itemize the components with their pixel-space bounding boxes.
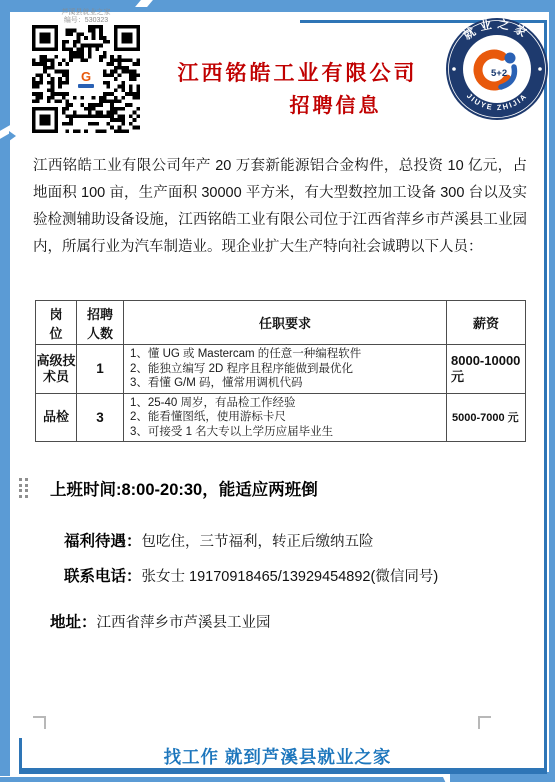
jobs-table: 岗位 招聘人数 任职要求 薪资 高级技术员 1 1、懂 UG 或 Masterc… xyxy=(35,300,526,442)
footer-slogan: 找工作 就到芦溪县就业之家 xyxy=(0,744,555,769)
phone-value: 张女士 19170918465/13929454892(微信同号) xyxy=(142,569,439,585)
margin-corner-mark-left xyxy=(33,716,46,729)
margin-corner-mark-right xyxy=(478,716,491,729)
address-line: 地址：江西省萍乡市芦溪县工业园 xyxy=(50,610,271,632)
company-intro-paragraph: 江西铭皓工业有限公司年产 20 万套新能源铝合金构件，总投资 10 亿元，占地面… xyxy=(33,153,527,261)
header-headcount: 招聘人数 xyxy=(77,301,124,345)
qr-caption-line1: 芦溪县就业之家 xyxy=(22,9,150,17)
cell-position: 高级技术员 xyxy=(36,345,77,394)
qr-caption: 芦溪县就业之家 编号：530323 xyxy=(22,9,150,25)
address-value: 江西省萍乡市芦溪县工业园 xyxy=(97,615,271,631)
cell-requirements: 1、25-40 周岁，有品检工作经验 2、能看懂图纸，使用游标卡尺 3、可接受 … xyxy=(124,393,447,442)
cell-position: 品检 xyxy=(36,393,77,442)
table-header-row: 岗位 招聘人数 任职要求 薪资 xyxy=(36,301,526,345)
address-label: 地址： xyxy=(50,614,97,631)
welfare-value: 包吃住，三节福利，转正后缴纳五险 xyxy=(142,534,374,550)
contact-phone-line: 联系电话：张女士 19170918465/13929454892(微信同号) xyxy=(64,564,438,586)
welfare-line: 福利待遇：包吃住，三节福利，转正后缴纳五险 xyxy=(64,529,374,551)
table-row: 品检 3 1、25-40 周岁，有品检工作经验 2、能看懂图纸，使用游标卡尺 3… xyxy=(36,393,526,442)
cell-salary: 8000-10000 元 xyxy=(447,345,526,394)
company-title: 江西铭皓工业有限公司 xyxy=(40,57,555,87)
requirement-line: 2、能独立编写 2D 程序且程序能做到最优化 xyxy=(130,362,442,377)
phone-label: 联系电话： xyxy=(64,568,142,585)
page-border-right xyxy=(544,20,547,768)
recruitment-poster: 芦溪县就业之家 编号：530323 G xyxy=(0,0,555,782)
welfare-label: 福利待遇： xyxy=(64,533,142,550)
cell-salary: 5000-7000 元 xyxy=(447,393,526,442)
frame-right-band xyxy=(549,12,555,782)
work-schedule-line: 上班时间:8:00-20:30，能适应两班倒 xyxy=(50,476,318,500)
cell-headcount: 3 xyxy=(77,393,124,442)
requirement-line: 1、懂 UG 或 Mastercam 的任意一种编程软件 xyxy=(130,347,442,362)
requirement-line: 3、看懂 G/M 码，懂常用调机代码 xyxy=(130,376,442,391)
table-row: 高级技术员 1 1、懂 UG 或 Mastercam 的任意一种编程软件 2、能… xyxy=(36,345,526,394)
header-salary: 薪资 xyxy=(447,301,526,345)
requirement-line: 3、可接受 1 名大专以上学历应届毕业生 xyxy=(130,425,442,440)
frame-bottom-strip-left xyxy=(0,777,448,782)
requirement-line: 1、25-40 周岁，有品检工作经验 xyxy=(130,396,442,411)
frame-left-tip xyxy=(9,131,16,141)
drag-handle-dots-icon xyxy=(19,478,28,498)
cell-headcount: 1 xyxy=(77,345,124,394)
requirement-line: 2、能看懂图纸，使用游标卡尺 xyxy=(130,410,442,425)
qr-caption-line2: 编号：530323 xyxy=(22,17,150,25)
poster-subtitle: 招聘信息 xyxy=(118,89,553,118)
header-requirements: 任职要求 xyxy=(124,301,447,345)
header-position: 岗位 xyxy=(36,301,77,345)
cell-requirements: 1、懂 UG 或 Mastercam 的任意一种编程软件 2、能独立编写 2D … xyxy=(124,345,447,394)
